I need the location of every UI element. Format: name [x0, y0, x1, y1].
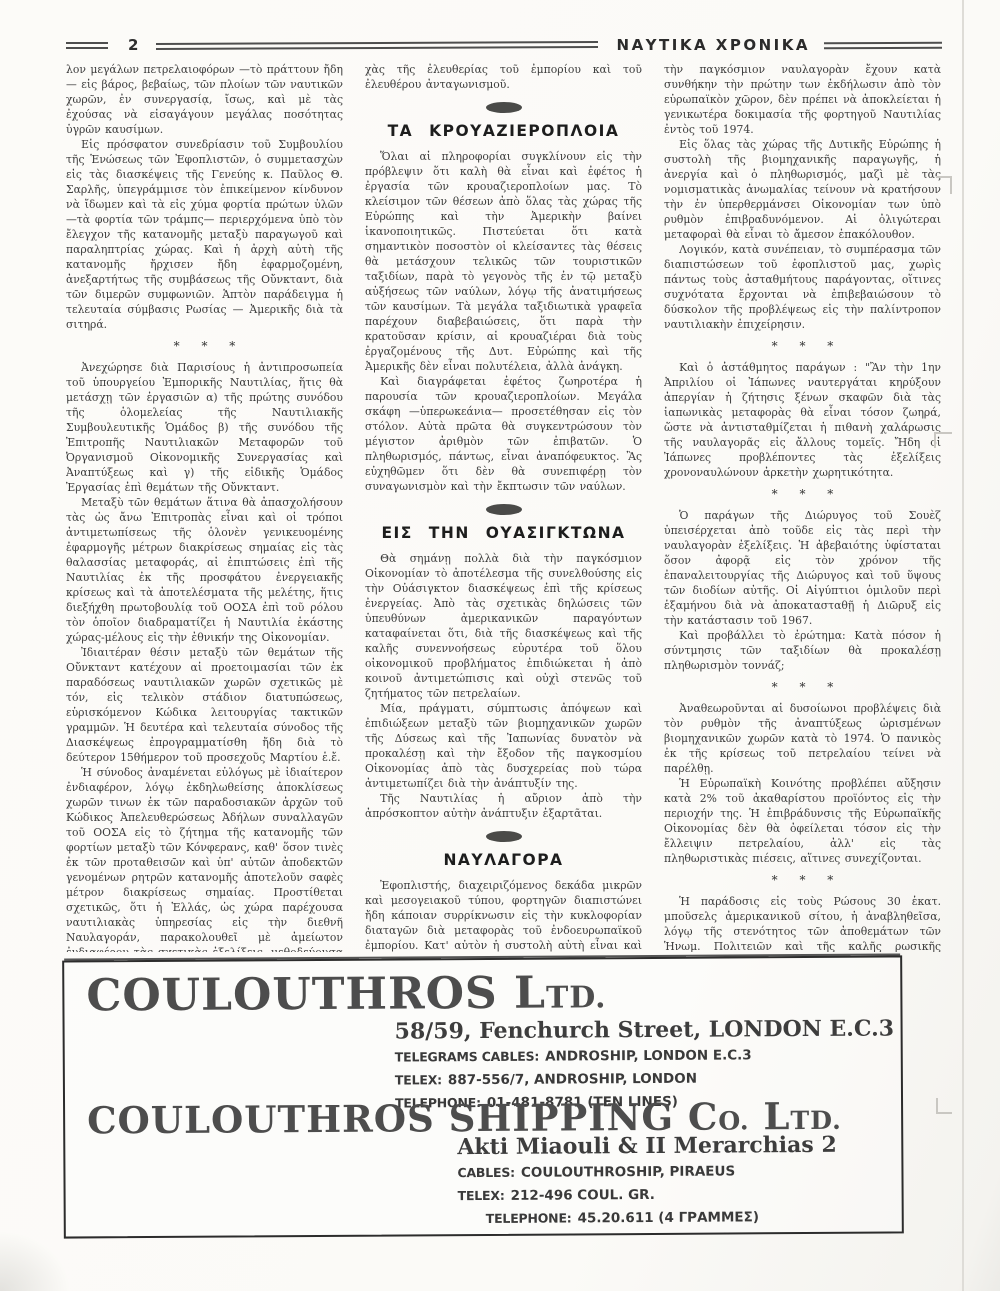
contact-value: 45.20.611 (4 ΓΡΑΜΜΕΣ)	[578, 1209, 760, 1226]
paragraph: Ὁ παράγων τῆς Διώρυγος τοῦ Σουὲζ ὑπεισέρ…	[664, 508, 941, 628]
page-header: 2 ΝΑΥΤΙΚΑ ΧΡΟΝΙΚΑ	[66, 36, 942, 54]
stars-separator: * * *	[664, 487, 941, 502]
telegrams-line: TELEGRAMS CABLES:ANDROSHIP, LONDON E.C.3	[395, 1046, 894, 1065]
company-name-part: O.	[718, 1105, 749, 1135]
contact-label: TELEX:	[458, 1188, 505, 1203]
cables-line: CABLES:COULOUTHROSHIP, PIRAEUS	[457, 1163, 836, 1181]
address-line: 58/59, Fenchurch Street, LONDON E.C.3	[395, 1015, 895, 1044]
paragraph: Εἰς ὅλας τὰς χώρας τῆς Δυτικῆς Εὐρώπης ἡ…	[664, 137, 941, 242]
paragraph: Καὶ ὁ ἀστάθμητος παράγων : "Ἂν τὴν 1ην Ἀ…	[664, 360, 941, 480]
address-line: Akti Miaouli & II Merarchias 2	[457, 1132, 837, 1160]
paragraph: Καὶ διαγράφεται ἐφέτος ζωηροτέρα ἡ παρου…	[365, 374, 642, 494]
telephone-line: TELEPHONE:45.20.611 (4 ΓΡΑΜΜΕΣ)	[486, 1209, 837, 1227]
contact-value: ANDROSHIP, LONDON E.C.3	[545, 1047, 752, 1064]
paragraph: Καὶ προβάλλει τὸ ἐρώτημα: Κατὰ πόσον ἡ σ…	[664, 628, 941, 673]
ornament-divider	[486, 102, 522, 113]
text-column-3: τὴν παγκόσμιον ναυλαγορὰν ἔχουν κατὰ συν…	[664, 62, 941, 952]
ornament-divider	[486, 831, 522, 842]
company-name-part: COULOUTHROS L	[86, 968, 546, 1022]
stars-separator: * * *	[664, 680, 941, 695]
text-column-1: λον μεγάλων πετρελαιοφόρων —τὸ πράττουν …	[66, 62, 343, 952]
paragraph: Ἡ Εὐρωπαϊκὴ Κοινότης προβλέπει αὔξησιν κ…	[664, 776, 941, 866]
page-edge-crease	[962, 0, 964, 1291]
company-name-coulouthros-ltd: COULOUTHROS LTD.	[86, 967, 606, 1021]
scan-artifact	[936, 1098, 952, 1114]
paragraph: Ἀναθεωροῦνται αἱ δυσοίωνοι προβλέψεις δι…	[664, 701, 941, 776]
text-column-2: χὰς τῆς ἐλευθερίας τοῦ ἐμπορίου καὶ τοῦ …	[365, 62, 642, 952]
company-name-part: TD.	[790, 1105, 842, 1135]
stars-separator: * * *	[664, 873, 941, 888]
paragraph: λον μεγάλων πετρελαιοφόρων —τὸ πράττουν …	[66, 62, 343, 137]
contact-label: CABLES:	[457, 1165, 515, 1180]
paragraph: χὰς τῆς ἐλευθερίας τοῦ ἐμπορίου καὶ τοῦ …	[365, 62, 642, 92]
article-heading: ΕΙΣ ΤΗΝ ΟΥΑΣΙΓΚΤΩΝΑ	[365, 526, 642, 541]
paragraph: Ἐφοπλιστής, διαχειριζόμενος δεκάδα μικρῶ…	[365, 878, 642, 952]
scan-shadow	[0, 1231, 70, 1291]
paragraph: Ὅλαι αἱ πληροφορίαι συγκλίνουν εἰς τὴν π…	[365, 149, 642, 374]
contact-label: TELEPHONE:	[486, 1210, 572, 1226]
paragraph: τὴν παγκόσμιον ναυλαγορὰν ἔχουν κατὰ συν…	[664, 62, 941, 137]
article-heading: ΤΑ ΚΡΟΥΑΖΙΕΡΟΠΛΟΙΑ	[365, 124, 642, 139]
paragraph: Ἰδιαιτέραν θέσιν μεταξὺ τῶν θεμάτων τῆς …	[66, 645, 343, 765]
paragraph: Θὰ σημάνῃ πολλὰ διὰ τὴν παγκόσμιον Οἰκον…	[365, 551, 642, 701]
telex-line: TELEX:887-556/7, ANDROSHIP, LONDON	[395, 1069, 894, 1088]
paragraph: Ἡ παράδοσις εἰς τοὺς Ρώσους 30 ἑκατ. μπο…	[664, 894, 941, 952]
page-number: 2	[128, 36, 138, 54]
contact-label: TELEX:	[395, 1072, 442, 1087]
masthead-title: ΝΑΥΤΙΚΑ ΧΡΟΝΙΚΑ	[617, 36, 810, 54]
contact-value: COULOUTHROSHIP, PIRAEUS	[521, 1163, 735, 1180]
contact-label: TELEGRAMS CABLES:	[395, 1049, 539, 1065]
company-name-part: TD.	[546, 980, 607, 1015]
header-rule-middle	[156, 41, 598, 50]
paragraph: Εἰς πρόσφατον συνεδρίασιν τοῦ Συμβουλίου…	[66, 137, 343, 332]
advertisement-box: COULOUTHROS LTD. 58/59, Fenchurch Street…	[62, 955, 904, 1238]
scan-artifact	[934, 432, 952, 448]
article-columns: λον μεγάλων πετρελαιοφόρων —τὸ πράττουν …	[66, 62, 942, 952]
paragraph: Μία, πράγματι, σύμπτωσις ἀπόψεων καὶ ἐπι…	[365, 701, 642, 791]
paragraph: Τῆς Ναυτιλίας ἡ αὔριον ἀπὸ τὴν ἀπρόσκοπτ…	[365, 791, 642, 821]
contact-block-piraeus: Akti Miaouli & II Merarchias 2 CABLES:CO…	[457, 1132, 837, 1234]
scan-artifact	[936, 176, 952, 194]
stars-separator: * * *	[66, 339, 343, 354]
header-rule-right	[824, 41, 942, 49]
paragraph: Ἀνεχώρησε διὰ Παρισίους ἡ ἀντιπροσωπεία …	[66, 360, 343, 495]
contact-value: 212-496 COUL. GR.	[511, 1187, 655, 1204]
article-heading: ΝΑΥΛΑΓΟΡΑ	[365, 853, 642, 868]
stars-separator: * * *	[664, 339, 941, 354]
contact-value: 887-556/7, ANDROSHIP, LONDON	[448, 1071, 697, 1089]
magazine-page: { "page": { "number": "2", "masthead": "…	[0, 0, 1000, 1291]
ornament-divider	[486, 504, 522, 515]
header-rule-left	[66, 42, 108, 49]
paragraph: Ἡ σύνοδος ἀναμένεται εὐλόγως μὲ ἰδιαίτερ…	[66, 765, 343, 952]
paragraph: Λογικόν, κατὰ συνέπειαν, τὸ συμπέρασμα τ…	[664, 242, 941, 332]
paragraph: Μεταξὺ τῶν θεμάτων ἅτινα θὰ ἀπασχολήσουν…	[66, 495, 343, 645]
telex-line: TELEX:212-496 COUL. GR.	[458, 1186, 837, 1204]
